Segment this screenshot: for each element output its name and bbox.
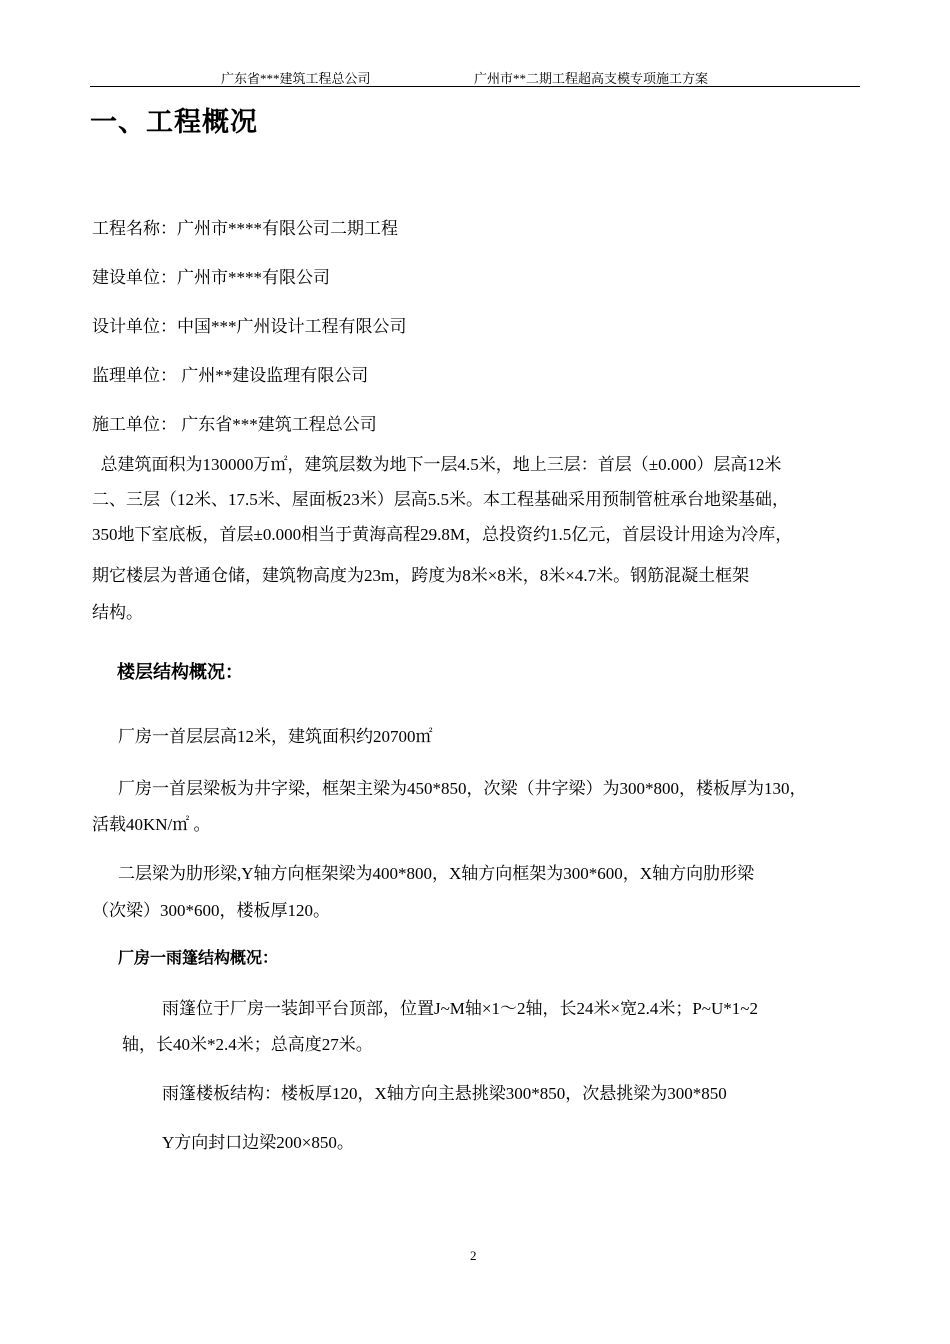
info-supervisor: 监理单位： 广州**建设监理有限公司	[92, 361, 368, 386]
info-contractor: 施工单位： 广东省***建筑工程总公司	[92, 410, 377, 435]
canopy-line: Y方向封口边梁200×850。	[162, 1128, 354, 1153]
floor-line: 厂房一首层层高12米，建筑面积约20700㎡	[118, 722, 433, 747]
overview-line: 二、三层（12米、17.5米、屋面板23米）层高5.5米。本工程基础采用预制管桩…	[92, 485, 789, 510]
overview-line: 总建筑面积为130000万㎡，建筑层数为地下一层4.5米，地上三层：首层（±0.…	[92, 450, 781, 475]
floor-structure-heading: 楼层结构概况：	[117, 658, 243, 684]
page-number: 2	[470, 1248, 477, 1264]
floor-line: 二层梁为肋形梁,Y轴方向框架梁为400*800，X轴方向框架为300*600，X…	[118, 859, 754, 884]
overview-line: 期它楼层为普通仓储，建筑物高度为23m，跨度为8米×8米，8米×4.7米。钢筋混…	[92, 561, 749, 586]
floor-line: （次梁）300*600，楼板厚120。	[92, 896, 330, 921]
info-project-name: 工程名称：广州市****有限公司二期工程	[92, 214, 398, 239]
info-designer: 设计单位：中国***广州设计工程有限公司	[92, 312, 407, 337]
canopy-structure-heading: 厂房一雨篷结构概况：	[118, 945, 278, 968]
floor-line: 活载40KN/㎡ 。	[92, 810, 211, 835]
canopy-line: 雨篷楼板结构：楼板厚120，X轴方向主悬挑梁300*850，次悬挑梁为300*8…	[162, 1079, 727, 1104]
overview-line: 350地下室底板，首层±0.000相当于黄海高程29.8M，总投资约1.5亿元，…	[92, 520, 792, 545]
canopy-line: 雨篷位于厂房一装卸平台顶部，位置J~M轴×1～2轴，长24米×宽2.4米；P~U…	[162, 994, 758, 1019]
page-header: 广东省***建筑工程总公司 广州市**二期工程超高支模专项施工方案	[90, 66, 860, 86]
section-title: 一、工程概况	[90, 100, 258, 139]
header-company: 广东省***建筑工程总公司	[221, 68, 371, 87]
header-divider	[90, 86, 860, 87]
floor-line: 厂房一首层梁板为井字梁，框架主梁为450*850，次梁（井字梁）为300*800…	[118, 774, 807, 799]
info-owner: 建设单位：广州市****有限公司	[92, 263, 330, 288]
overview-line: 结构。	[92, 598, 143, 623]
canopy-line: 轴，长40米*2.4米；总高度27米。	[122, 1030, 373, 1055]
header-doc-title: 广州市**二期工程超高支模专项施工方案	[474, 68, 708, 87]
